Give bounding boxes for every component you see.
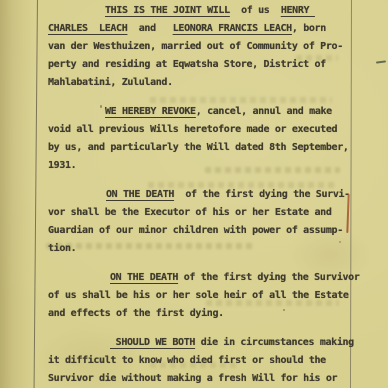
paragraph: SHOULD WE BOTH die in circumstances maki… [48, 334, 351, 388]
text-segment: vor shall be the Executor of his or her … [48, 207, 332, 218]
text-line: SHOULD WE BOTH die in circumstances maki… [48, 334, 351, 352]
pencil-dash-mark [376, 60, 386, 64]
left-margin-rule [34, 0, 39, 388]
document-body: THIS IS THE JOINT WILL of us HENRY CHARL… [48, 2, 351, 388]
text-line: WE HEREBY REVOKE, cancel, annul and make [48, 103, 351, 121]
paragraph: THIS IS THE JOINT WILL of us HENRY CHARL… [48, 2, 351, 92]
text-segment: and effects of the first dying. [48, 308, 224, 319]
text-segment: die in circumstances making [195, 337, 354, 348]
text-line: ON THE DEATH of the first dying the Surv… [48, 269, 351, 287]
text-line: and effects of the first dying. [48, 305, 351, 323]
text-line: by us, and particularly the Will dated 8… [48, 139, 351, 157]
text-segment: Guardian of our minor children with powe… [48, 225, 343, 236]
text-segment: , cancel, annul and make [196, 106, 332, 117]
ink-speck [339, 241, 341, 243]
text-line: ON THE DEATH of the first dying the Surv… [48, 186, 351, 204]
text-segment: of the first dying the Survivor [178, 272, 359, 283]
text-line: tion. [48, 240, 351, 258]
text-line: void all previous Wills heretofore made … [48, 121, 351, 139]
text-segment: Mahlabatini, Zululand. [48, 77, 173, 88]
text-segment: of us shall be his or her sole heir of a… [48, 290, 349, 301]
underlined-text-segment: ON THE DEATH [110, 272, 178, 283]
text-segment: of us [230, 5, 281, 16]
underlined-text-segment: WE HEREBY REVOKE [105, 106, 196, 117]
text-line: of us shall be his or her sole heir of a… [48, 287, 351, 305]
ink-speck [100, 105, 102, 108]
scanned-page: THIS IS THE JOINT WILL of us HENRY CHARL… [0, 0, 388, 388]
text-line: it difficult to know who died first or s… [48, 352, 351, 370]
text-line: vor shall be the Executor of his or her … [48, 204, 351, 222]
underlined-text-segment: SHOULD WE BOTH [110, 337, 195, 348]
underlined-text-segment: LEONORA FRANCIS LEACH [173, 23, 292, 34]
text-segment: Survivor die without making a fresh Will… [48, 373, 337, 384]
underlined-text-segment: HENRY [281, 5, 315, 16]
text-segment: , born [292, 23, 326, 34]
text-segment: and [127, 23, 172, 34]
paragraph: WE HEREBY REVOKE, cancel, annul and make… [48, 103, 351, 175]
text-line: Guardian of our minor children with powe… [48, 222, 351, 240]
text-segment: it difficult to know who died first or s… [48, 355, 326, 366]
text-segment: by us, and particularly the Will dated 8… [48, 142, 349, 153]
text-line: 1931. [48, 157, 351, 175]
underlined-text-segment: THIS IS THE JOINT WILL [105, 5, 230, 16]
text-segment: of the first dying the Survi- [174, 189, 350, 200]
text-line: perty and residing at Eqwatsha Store, Di… [48, 56, 351, 74]
text-line: van der Westhuizen, married out of Commu… [48, 38, 351, 56]
text-segment: void all previous Wills heretofore made … [48, 124, 337, 135]
paragraph: ON THE DEATH of the first dying the Surv… [48, 186, 351, 258]
text-segment: perty and residing at Eqwatsha Store, Di… [48, 59, 326, 70]
text-line: THIS IS THE JOINT WILL of us HENRY [48, 2, 351, 20]
ink-speck [283, 309, 285, 311]
underlined-text-segment: CHARLES LEACH [48, 23, 127, 34]
text-line: Mahlabatini, Zululand. [48, 74, 351, 92]
text-segment: 1931. [48, 160, 76, 171]
paragraph: ON THE DEATH of the first dying the Surv… [48, 269, 351, 323]
text-line: CHARLES LEACH and LEONORA FRANCIS LEACH,… [48, 20, 351, 38]
text-line: Survivor die without making a fresh Will… [48, 370, 351, 388]
text-segment: van der Westhuizen, married out of Commu… [48, 41, 343, 52]
underlined-text-segment: ON THE DEATH [106, 189, 174, 200]
text-segment: tion. [48, 243, 76, 254]
